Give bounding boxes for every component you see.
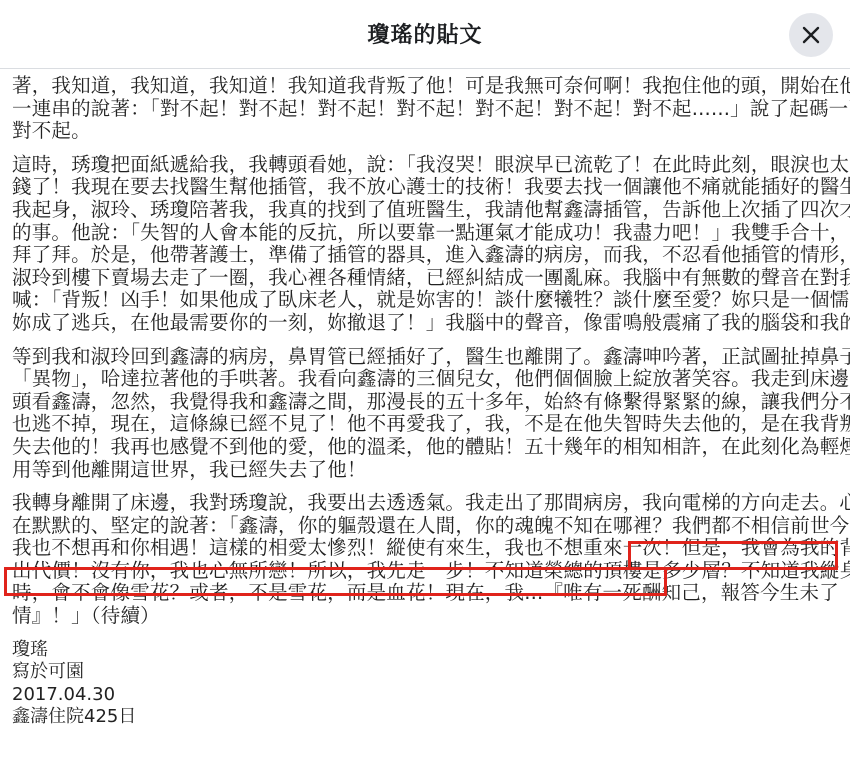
text-line: 在默默的、堅定的說著：「鑫濤，你的軀殼還在人間，你的魂魄不知在哪裡？我們都不相信… [12, 515, 842, 538]
page-title: 瓊瑤的貼文 [0, 18, 850, 49]
text-line: 的事。他說：「失智的人會本能的反抗，所以要靠一點運氣才能成功！我盡力吧！」我雙手… [12, 222, 842, 245]
text-line: 情』！」（待續） [12, 605, 842, 628]
paragraph-4: 我轉身離開了床邊，我對琇瓊說，我要出去透透氣。我走出了那間病房，我向電梯的方向走… [12, 492, 842, 628]
signature-note: 鑫濤住院425日 [12, 706, 842, 729]
text-line: 用等到他離開這世界，我已經失去了他！ [12, 459, 842, 482]
text-line: 這時，琇瓊把面紙遞給我，我轉頭看她，說：「我沒哭！眼淚早已流乾了！在此時此刻，眼… [12, 154, 842, 177]
signature-date: 2017.04.30 [12, 684, 842, 707]
text-line: 「異物」，哈達拉著他的手哄著。我看向鑫濤的三個兒女，他們個個臉上綻放著笑容。我走… [12, 368, 842, 391]
text-line: 喊：「背叛！凶手！如果他成了臥床老人，就是妳害的！談什麼犧牲？談什麼至愛？妳只是… [12, 289, 842, 312]
paragraph-1: 著，我知道，我知道，我知道！我知道我背叛了他！可是我無可奈何啊！我抱住他的頭，開… [12, 75, 842, 143]
text-line: 等到我和淑玲回到鑫濤的病房，鼻胃管已經插好了，醫生也離開了。鑫濤呻吟著，正試圖扯… [12, 346, 842, 369]
text-line: 時，會不會像雪花？或者，不是雪花，而是血花！現在，我...『唯有一死酬知己，報答… [12, 582, 842, 605]
text-line: 失去他的！我再也感覺不到他的愛，他的溫柔，他的體貼！五十幾年的相知相許，在此刻化… [12, 436, 842, 459]
text-line: 頭看鑫濤，忽然，我覺得我和鑫濤之間，那漫長的五十多年，始終有條繫得緊緊的線，讓我… [12, 391, 842, 414]
signature: 瓊瑤 寫於可園 2017.04.30 鑫濤住院425日 [12, 639, 842, 729]
text-line: 拜了拜。於是，他帶著護士，準備了插管的器具，進入鑫濤的病房，而我，不忍看他插管的… [12, 244, 842, 267]
paragraph-3: 等到我和淑玲回到鑫濤的病房，鼻胃管已經插好了，醫生也離開了。鑫濤呻吟著，正試圖扯… [12, 346, 842, 482]
text-line: 一連串的說著：「對不起！對不起！對不起！對不起！對不起！對不起！對不起.....… [12, 98, 842, 121]
paragraph-2: 這時，琇瓊把面紙遞給我，我轉頭看她，說：「我沒哭！眼淚早已流乾了！在此時此刻，眼… [12, 154, 842, 335]
text-line: 錢了！我現在要去找醫生幫他插管，我不放心護士的技術！我要去找一個讓他不痛就能插好… [12, 176, 842, 199]
header-divider [0, 68, 850, 69]
post-body: 著，我知道，我知道，我知道！我知道我背叛了他！可是我無可奈何啊！我抱住他的頭，開… [12, 75, 842, 740]
text-line: 著，我知道，我知道，我知道！我知道我背叛了他！可是我無可奈何啊！我抱住他的頭，開… [12, 75, 842, 98]
text-line: 也逃不掉，現在，這條線已經不見了！他不再愛我了，我，不是在他失智時失去他的，是在… [12, 413, 842, 436]
text-line: 淑玲到樓下賣場去走了一圈，我心裡各種情緒，已經糾結成一團亂麻。我腦中有無數的聲音… [12, 267, 842, 290]
text-line: 妳成了逃兵，在他最需要你的一刻，妳撤退了！」我腦中的聲音，像雷鳴般震痛了我的腦袋… [12, 312, 842, 335]
text-line: 出代價！沒有你，我也心無所戀！所以，我先走一步！不知道榮總的頂樓是多少層？不知道… [12, 560, 842, 583]
text-line: 我也不想再和你相遇！這樣的相愛太慘烈！縱使有來生，我也不想重來一次！但是，我會為… [12, 537, 842, 560]
text-line: 我轉身離開了床邊，我對琇瓊說，我要出去透透氣。我走出了那間病房，我向電梯的方向走… [12, 492, 842, 515]
text-line: 我起身，淑玲、琇瓊陪著我，我真的找到了值班醫生，我請他幫鑫濤插管，告訴他上次插了… [12, 199, 842, 222]
signature-author: 瓊瑤 [12, 639, 842, 662]
signature-place: 寫於可園 [12, 661, 842, 684]
text-line: 對不起。 [12, 120, 842, 143]
close-icon [802, 26, 820, 44]
close-button[interactable] [789, 13, 833, 57]
modal-header: 瓊瑤的貼文 [0, 0, 850, 68]
